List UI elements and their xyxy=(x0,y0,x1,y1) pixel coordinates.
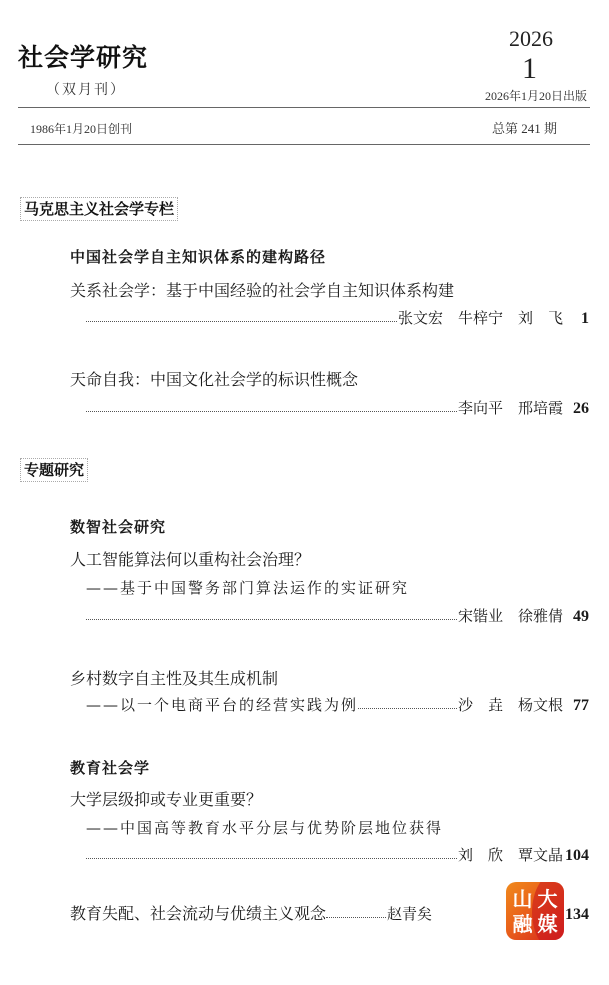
journal-frequency: （双月刊） xyxy=(46,79,126,99)
founded-date: 1986年1月20日创刊 xyxy=(30,120,132,137)
logo-char: 大 xyxy=(538,889,558,909)
article-title[interactable]: 教育失配、社会流动与优绩主义观念 xyxy=(70,901,326,924)
total-issue-number: 总第 241 期 xyxy=(492,118,557,137)
logo-char: 融 xyxy=(513,914,533,934)
article-title[interactable]: 关系社会学：基于中国经验的社会学自主知识体系构建 xyxy=(70,278,454,301)
toc-entry-leader: 刘 欣 覃文晶 104 xyxy=(86,843,589,865)
article-title[interactable]: 乡村数字自主性及其生成机制 xyxy=(70,666,278,689)
dot-leader xyxy=(86,321,397,322)
article-title[interactable]: 人工智能算法何以重构社会治理？ xyxy=(70,547,310,570)
column-heading: 中国社会学自主知识体系的建构路径 xyxy=(70,246,326,267)
issue-year: 2026 xyxy=(509,26,553,52)
page-number[interactable]: 77 xyxy=(573,697,589,715)
section-header-marxist-sociology: 马克思主义社会学专栏 xyxy=(20,197,178,221)
column-heading: 数智社会研究 xyxy=(70,516,166,537)
article-subtitle: ——基于中国警务部门算法运作的实证研究 xyxy=(86,577,409,598)
article-authors: 沙 垚 杨文根 xyxy=(458,694,563,715)
masthead-rule-top xyxy=(18,107,590,108)
masthead-rule-bottom xyxy=(18,144,590,145)
dot-leader xyxy=(86,411,457,412)
article-authors: 张文宏 牛梓宁 刘 飞 xyxy=(398,307,563,328)
page-number[interactable]: 26 xyxy=(573,400,589,418)
article-authors: 宋锴业 徐雅倩 xyxy=(458,605,563,626)
media-watermark-logo: 山 大 融 媒 xyxy=(506,882,564,940)
toc-entry-leader: 李向平 邢培霞 26 xyxy=(86,396,589,418)
logo-char: 山 xyxy=(513,889,533,909)
dot-leader xyxy=(86,858,457,859)
article-authors: 李向平 邢培霞 xyxy=(458,397,563,418)
page-number[interactable]: 49 xyxy=(573,608,589,626)
journal-title: 社会学研究 xyxy=(18,38,148,74)
article-authors: 刘 欣 覃文晶 xyxy=(458,844,563,865)
article-title[interactable]: 天命自我：中国文化社会学的标识性概念 xyxy=(70,367,358,390)
logo-text-grid: 山 大 融 媒 xyxy=(506,882,564,940)
article-title[interactable]: 大学层级抑或专业更重要？ xyxy=(70,787,262,810)
dot-leader xyxy=(326,917,386,918)
article-authors: 赵青矣 xyxy=(387,903,432,924)
page-number[interactable]: 104 xyxy=(565,847,589,865)
publish-date: 2026年1月20日出版 xyxy=(485,87,587,104)
issue-number: 1 xyxy=(522,52,537,86)
column-heading: 教育社会学 xyxy=(70,757,150,778)
article-subtitle: ——以一个电商平台的经营实践为例 xyxy=(86,694,358,715)
article-subtitle: ——中国高等教育水平分层与优势阶层地位获得 xyxy=(86,817,443,838)
page-number[interactable]: 134 xyxy=(565,906,589,924)
toc-entry-leader: 张文宏 牛梓宁 刘 飞 1 xyxy=(86,306,589,328)
page-number[interactable]: 1 xyxy=(573,310,589,328)
section-header-special-research: 专题研究 xyxy=(20,458,88,482)
toc-entry-leader: ——以一个电商平台的经营实践为例 沙 垚 杨文根 77 xyxy=(86,693,589,715)
dot-leader xyxy=(358,708,457,709)
logo-char: 媒 xyxy=(538,914,558,934)
dot-leader xyxy=(86,619,457,620)
toc-entry-leader: 宋锴业 徐雅倩 49 xyxy=(86,604,589,626)
